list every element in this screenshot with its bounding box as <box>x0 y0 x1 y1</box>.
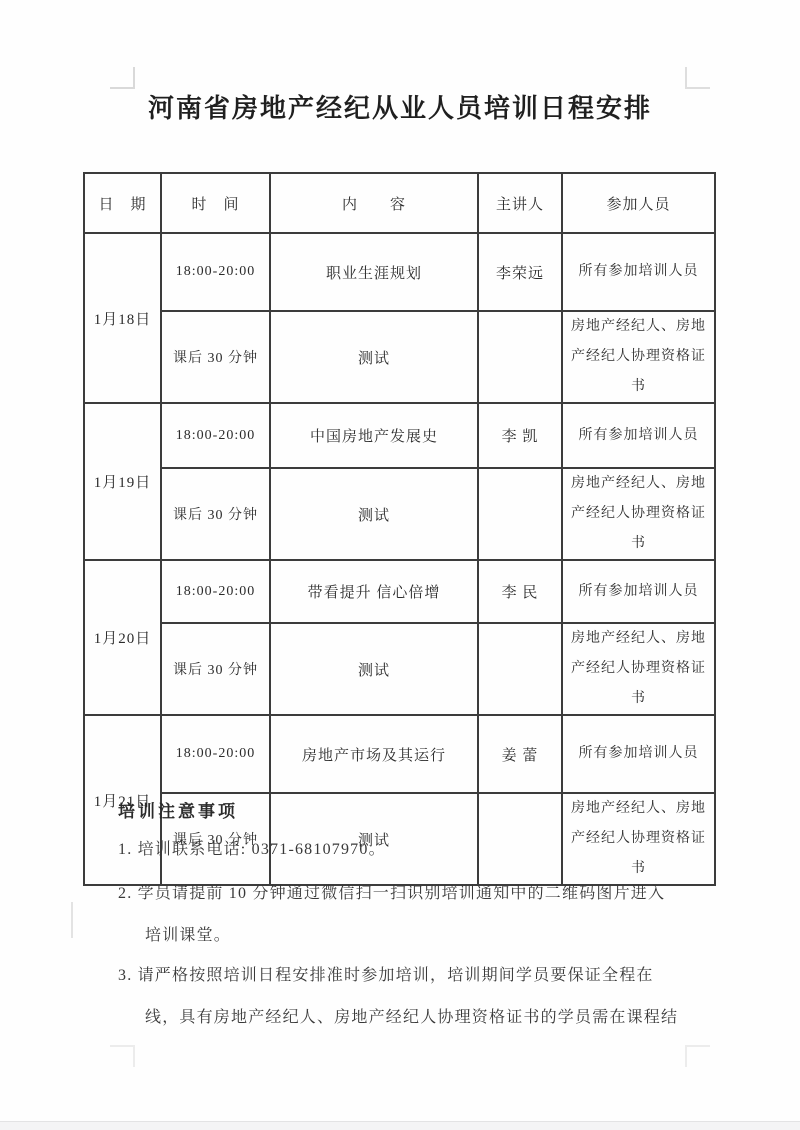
margin-mark-bottom-left <box>110 1045 135 1067</box>
margin-mark-top-left <box>110 67 135 89</box>
participants-cell: 房地产经纪人、房地产经纪人协理资格证书 <box>562 793 715 885</box>
col-header-participants: 参加人员 <box>562 173 715 233</box>
document-page: 河南省房地产经纪从业人员培训日程安排 日 期 时 间 内 容 主讲人 参加人员 … <box>0 0 800 1130</box>
notes-heading: 培训注意事项 <box>118 797 238 822</box>
time-cell: 课后 30 分钟 <box>161 468 270 560</box>
speaker-cell <box>478 793 562 885</box>
note-item-1: 1. 培训联系电话: 0371-68107970。 <box>118 836 386 859</box>
table-row: 课后 30 分钟 测试 房地产经纪人、房地产经纪人协理资格证书 <box>84 311 715 403</box>
date-cell: 1月18日 <box>84 233 161 403</box>
content-cell: 职业生涯规划 <box>270 233 478 311</box>
table-row: 1月21日 18:00-20:00 房地产市场及其运行 姜 蕾 所有参加培训人员 <box>84 715 715 793</box>
content-cell: 带看提升 信心倍增 <box>270 560 478 623</box>
col-header-date: 日 期 <box>84 173 161 233</box>
content-cell: 房地产市场及其运行 <box>270 715 478 793</box>
speaker-cell <box>478 623 562 715</box>
date-cell: 1月20日 <box>84 560 161 715</box>
time-cell: 课后 30 分钟 <box>161 623 270 715</box>
content-cell: 测试 <box>270 311 478 403</box>
note-item-2-line-1: 2. 学员请提前 10 分钟通过微信扫一扫识别培训通知中的二维码图片进入 <box>118 880 665 903</box>
speaker-cell: 李 民 <box>478 560 562 623</box>
participants-cell: 所有参加培训人员 <box>562 560 715 623</box>
content-cell: 测试 <box>270 468 478 560</box>
note-item-3-line-2: 线，具有房地产经纪人、房地产经纪人协理资格证书的学员需在课程结 <box>145 1004 678 1027</box>
table-row: 1月19日 18:00-20:00 中国房地产发展史 李 凯 所有参加培训人员 <box>84 403 715 468</box>
document-title: 河南省房地产经纪从业人员培训日程安排 <box>0 88 800 125</box>
speaker-cell: 李 凯 <box>478 403 562 468</box>
time-cell: 18:00-20:00 <box>161 233 270 311</box>
margin-mark-top-right <box>685 67 710 89</box>
table-header-row: 日 期 时 间 内 容 主讲人 参加人员 <box>84 173 715 233</box>
time-cell: 课后 30 分钟 <box>161 311 270 403</box>
date-cell: 1月19日 <box>84 403 161 560</box>
margin-mark-left <box>71 902 73 938</box>
participants-cell: 所有参加培训人员 <box>562 233 715 311</box>
page-bottom-edge <box>0 1121 800 1130</box>
time-cell: 18:00-20:00 <box>161 403 270 468</box>
table-row: 课后 30 分钟 测试 房地产经纪人、房地产经纪人协理资格证书 <box>84 623 715 715</box>
col-header-speaker: 主讲人 <box>478 173 562 233</box>
margin-mark-bottom-right <box>685 1045 710 1067</box>
note-item-2-line-2: 培训课堂。 <box>145 922 231 945</box>
col-header-time: 时 间 <box>161 173 270 233</box>
speaker-cell <box>478 468 562 560</box>
participants-cell: 房地产经纪人、房地产经纪人协理资格证书 <box>562 623 715 715</box>
content-cell: 中国房地产发展史 <box>270 403 478 468</box>
col-header-content: 内 容 <box>270 173 478 233</box>
participants-cell: 房地产经纪人、房地产经纪人协理资格证书 <box>562 311 715 403</box>
participants-cell: 所有参加培训人员 <box>562 715 715 793</box>
participants-cell: 房地产经纪人、房地产经纪人协理资格证书 <box>562 468 715 560</box>
speaker-cell <box>478 311 562 403</box>
time-cell: 18:00-20:00 <box>161 715 270 793</box>
table-row: 课后 30 分钟 测试 房地产经纪人、房地产经纪人协理资格证书 <box>84 468 715 560</box>
note-item-3-line-1: 3. 请严格按照培训日程安排准时参加培训，培训期间学员要保证全程在 <box>118 962 654 985</box>
participants-cell: 所有参加培训人员 <box>562 403 715 468</box>
time-cell: 18:00-20:00 <box>161 560 270 623</box>
table-row: 1月18日 18:00-20:00 职业生涯规划 李荣远 所有参加培训人员 <box>84 233 715 311</box>
table-row: 1月20日 18:00-20:00 带看提升 信心倍增 李 民 所有参加培训人员 <box>84 560 715 623</box>
speaker-cell: 姜 蕾 <box>478 715 562 793</box>
schedule-table: 日 期 时 间 内 容 主讲人 参加人员 1月18日 18:00-20:00 职… <box>83 172 716 886</box>
speaker-cell: 李荣远 <box>478 233 562 311</box>
content-cell: 测试 <box>270 623 478 715</box>
